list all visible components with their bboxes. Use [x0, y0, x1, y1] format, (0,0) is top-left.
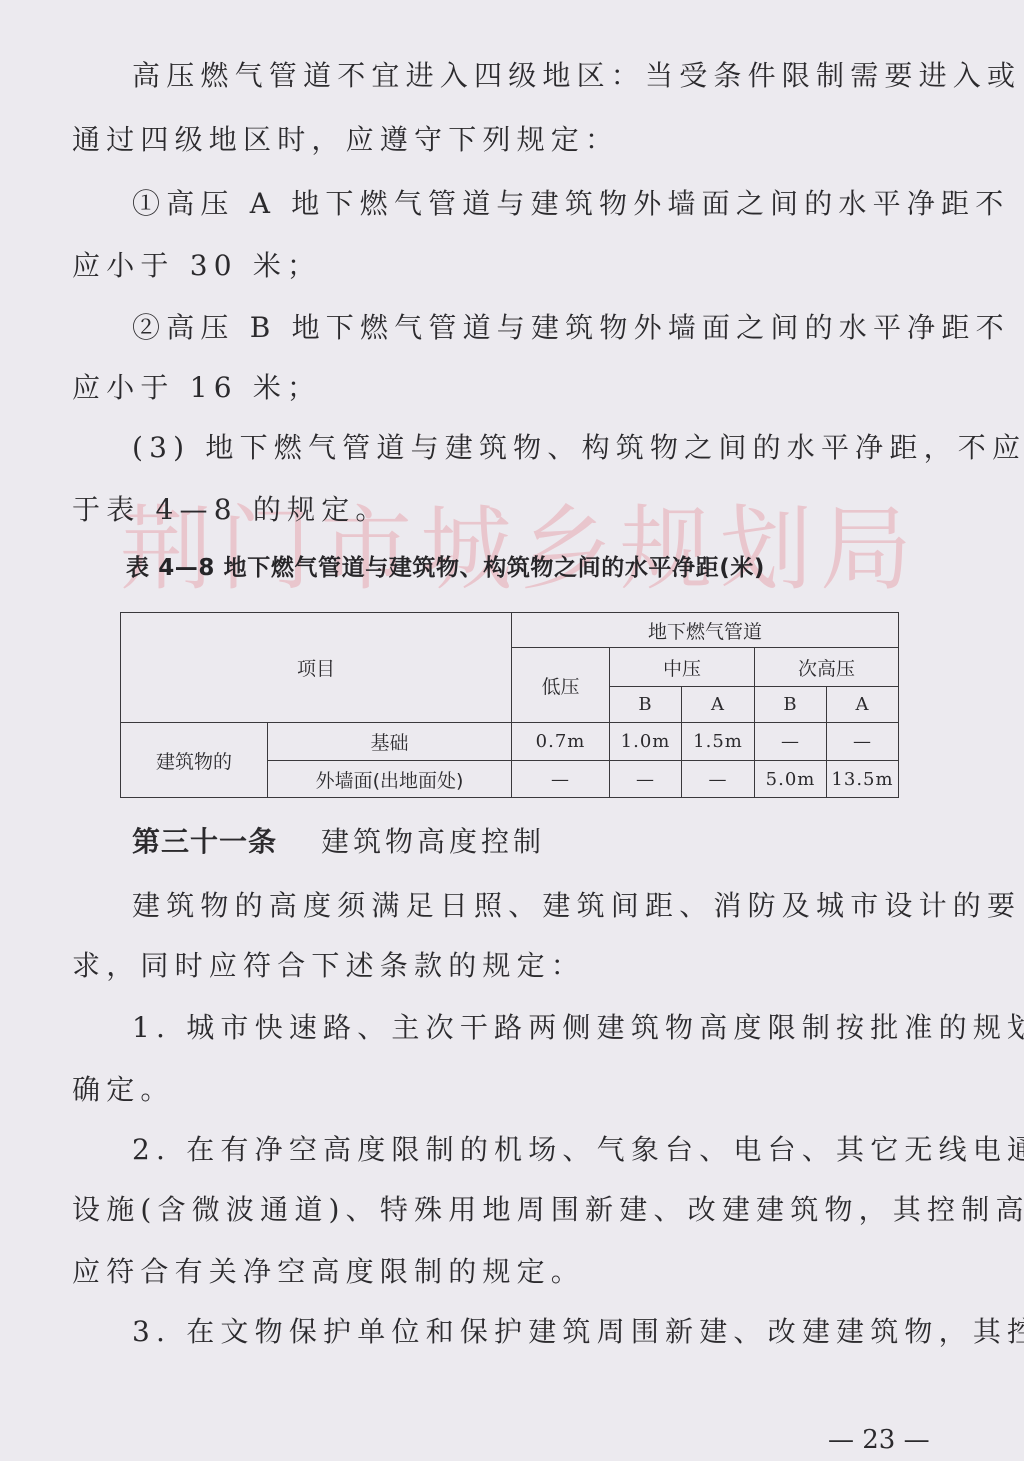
header-low-pressure: 低压: [512, 648, 610, 723]
header-medium-b: B: [610, 687, 682, 723]
header-sub-high-b: B: [755, 687, 827, 723]
paragraph-line: (3) 地下燃气管道与建筑物、构筑物之间的水平净距，不应小: [132, 428, 1024, 468]
cell-sub-high-b: —: [755, 723, 827, 761]
row-group-building: 建筑物的: [121, 723, 268, 798]
paragraph-line: 高压燃气管道不宜进入四级地区：当受条件限制需要进入或: [132, 56, 1021, 96]
cell-sub-high-a: 13.5m: [827, 761, 899, 798]
table-caption: 表 4—8 地下燃气管道与建筑物、构筑物之间的水平净距(米): [126, 548, 765, 588]
header-medium-pressure: 中压: [610, 648, 755, 687]
list-item-line: 1. 城市快速路、主次干路两侧建筑物高度限制按批准的规划: [132, 1008, 1024, 1048]
cell-sub-high-a: —: [827, 723, 899, 761]
cell-sub-high-b: 5.0m: [755, 761, 827, 798]
header-sub-high-pressure: 次高压: [755, 648, 899, 687]
header-gas-pipe: 地下燃气管道: [512, 613, 899, 648]
header-medium-a: A: [682, 687, 755, 723]
row-label: 基础: [268, 723, 512, 761]
row-label: 外墙面(出地面处): [268, 761, 512, 798]
cell-medium-a: —: [682, 761, 755, 798]
header-sub-high-a: A: [827, 687, 899, 723]
document-page: 荆门市城乡规划局 高压燃气管道不宜进入四级地区：当受条件限制需要进入或 通过四级…: [0, 0, 1024, 1461]
table-row: 建筑物的 基础 0.7m 1.0m 1.5m — —: [121, 723, 899, 761]
cell-low: 0.7m: [512, 723, 610, 761]
paragraph-line: 应小于 30 米；: [72, 246, 321, 286]
paragraph-line: 于表 4—8 的规定。: [72, 490, 390, 530]
paragraph-line: ②高压 B 地下燃气管道与建筑物外墙面之间的水平净距不: [132, 308, 1010, 348]
list-item-line: 确定。: [72, 1070, 175, 1110]
list-item-line: 应符合有关净空高度限制的规定。: [72, 1252, 585, 1292]
article-heading: 第三十一条建筑物高度控制: [132, 822, 545, 862]
cell-medium-a: 1.5m: [682, 723, 755, 761]
header-item: 项目: [121, 613, 512, 723]
article-title: 建筑物高度控制: [321, 825, 545, 858]
paragraph-line: 建筑物的高度须满足日照、建筑间距、消防及城市设计的要: [132, 886, 1021, 926]
list-item-line: 3. 在文物保护单位和保护建筑周围新建、改建建筑物，其控制: [132, 1312, 1024, 1352]
article-number: 第三十一条: [132, 825, 277, 858]
list-item-line: 2. 在有净空高度限制的机场、气象台、电台、其它无线电通讯: [132, 1130, 1024, 1170]
page-number: — 23 —: [828, 1424, 930, 1456]
cell-medium-b: —: [610, 761, 682, 798]
list-item-line: 设施(含微波通道)、特殊用地周围新建、改建建筑物，其控制高度: [72, 1190, 1024, 1230]
paragraph-line: 求，同时应符合下述条款的规定：: [72, 946, 585, 986]
gas-pipe-distance-table: 项目 地下燃气管道 低压 中压 次高压 B A B A 建筑物的 基础 0.7m…: [120, 612, 899, 798]
cell-low: —: [512, 761, 610, 798]
paragraph-line: ①高压 A 地下燃气管道与建筑物外墙面之间的水平净距不: [132, 184, 1009, 224]
cell-medium-b: 1.0m: [610, 723, 682, 761]
paragraph-line: 通过四级地区时，应遵守下列规定：: [72, 120, 619, 160]
paragraph-line: 应小于 16 米；: [72, 368, 321, 408]
